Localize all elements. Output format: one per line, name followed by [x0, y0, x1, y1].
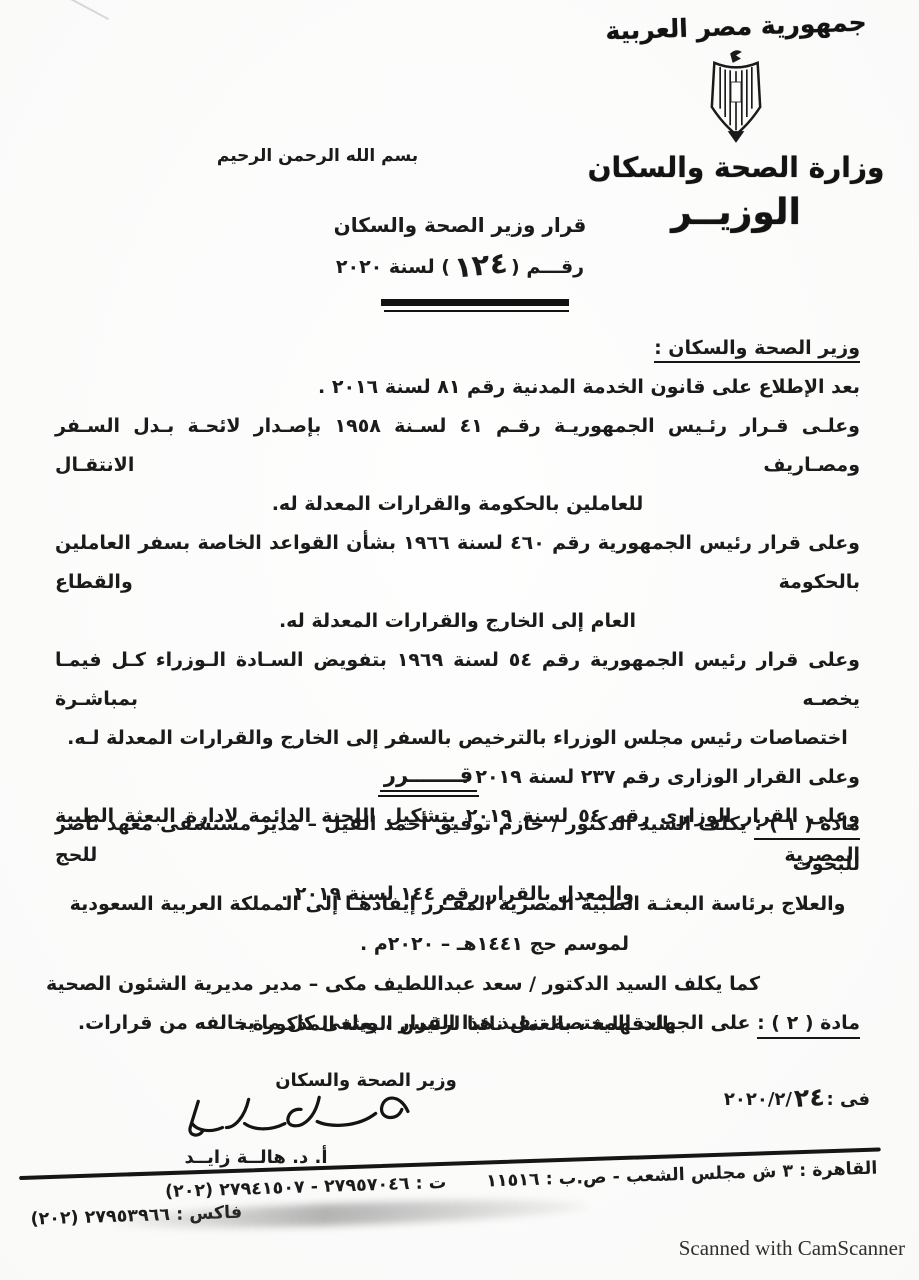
preamble-line: وعلى قرار رئيس الجمهورية رقم ٤٦٠ لسنة ١٩…: [55, 524, 860, 602]
decree-number-prefix: رقـــم (: [511, 256, 584, 278]
divider-thin-line: [384, 310, 569, 312]
decree-title: قرار وزير الصحة والسكان رقـــم (١٢٤) لسن…: [305, 213, 615, 280]
decree-number-handwritten: ١٢٤: [449, 245, 513, 285]
scanned-decree-page: جمهورية مصر العربية وزارة الصحة والسكان …: [0, 0, 919, 1280]
footer: القاهرة : ٣ ش مجلس الشعب - ص.ب : ١١٥١٦ ت…: [19, 1147, 882, 1230]
title-divider: [381, 299, 569, 312]
article-1-line: لموسم حج ١٤٤١هـ – ٢٠٢٠م .: [55, 924, 860, 964]
decree-title-line: قرار وزير الصحة والسكان: [305, 213, 615, 237]
date-prefix: فى :: [827, 1089, 870, 1110]
republic-calligraphy: جمهورية مصر العربية: [581, 7, 892, 47]
article-2-line: مادة ( ٢ ) : على الجهات المختصة تنفيذ هذ…: [55, 1003, 860, 1043]
article-1-line: كما يكلف السيد الدكتور / سعد عبداللطيف م…: [55, 964, 860, 1004]
ministry-letterhead: جمهورية مصر العربية وزارة الصحة والسكان …: [581, 12, 891, 233]
preamble-heading-line: وزير الصحة والسكان :: [55, 329, 860, 368]
divider-thick-line: [381, 299, 569, 306]
ministry-name-calligraphy: وزارة الصحة والسكان: [581, 151, 891, 184]
article-1-first-line: مادة ( ١ ) : يكلف السيد الدكتور / حازم ت…: [55, 804, 860, 884]
egypt-eagle-emblem-icon: [688, 47, 784, 147]
article-2: مادة ( ٢ ) : على الجهات المختصة تنفيذ هذ…: [55, 1003, 860, 1043]
decree-number-suffix: ) لسنة ٢٠٢٠: [336, 256, 450, 278]
preamble-line: للعاملين بالحكومة والقرارات المعدلة له.: [55, 485, 860, 524]
basmala: بسم الله الرحمن الرحيم: [200, 146, 435, 166]
date-printed-part: ٢٠٢٠/٢/: [724, 1089, 792, 1110]
decision-word: قـــــــرر: [380, 763, 477, 792]
camscanner-watermark: Scanned with CamScanner: [679, 1236, 905, 1261]
article-1-label: مادة ( ١ ) :: [754, 813, 860, 840]
date-day-handwritten: ٢٤: [791, 1082, 827, 1113]
article-1-text: يكلف السيد الدكتور / حازم توفيق أحمد الف…: [55, 813, 860, 875]
preamble-line: العام إلى الخارج والقرارات المعدلة له.: [55, 602, 860, 641]
article-2-label: مادة ( ٢ ) :: [757, 1012, 860, 1039]
preamble-line: اختصاصات رئيس مجلس الوزراء بالترخيص بالس…: [55, 719, 860, 758]
preamble-line: وعلى قرار رئيس الجمهورية رقم ٥٤ لسنة ١٩٦…: [55, 641, 860, 719]
decision-heading: قـــــــرر: [0, 763, 857, 787]
preamble-heading: وزير الصحة والسكان :: [654, 337, 860, 363]
minister-title-calligraphy: الوزيــر: [581, 192, 891, 233]
scan-fold-artifact: [55, 0, 109, 20]
preamble-line: وعلـى قـرار رئـيس الجمهوريـة رقـم ٤١ لسـ…: [55, 407, 860, 485]
preamble-line: بعد الإطلاع على قانون الخدمة المدنية رقم…: [55, 368, 860, 407]
article-1-line: والعلاج برئاسة البعثـة الطبية المصرية ال…: [55, 884, 860, 924]
decree-date: فى :٢٤٢٠٢٠/٢/: [724, 1082, 870, 1111]
decree-number-line: رقـــم (١٢٤) لسنة ٢٠٢٠: [305, 246, 615, 280]
article-2-text: على الجهات المختصة تنفيذ هذا القرار ، وي…: [78, 1012, 751, 1034]
